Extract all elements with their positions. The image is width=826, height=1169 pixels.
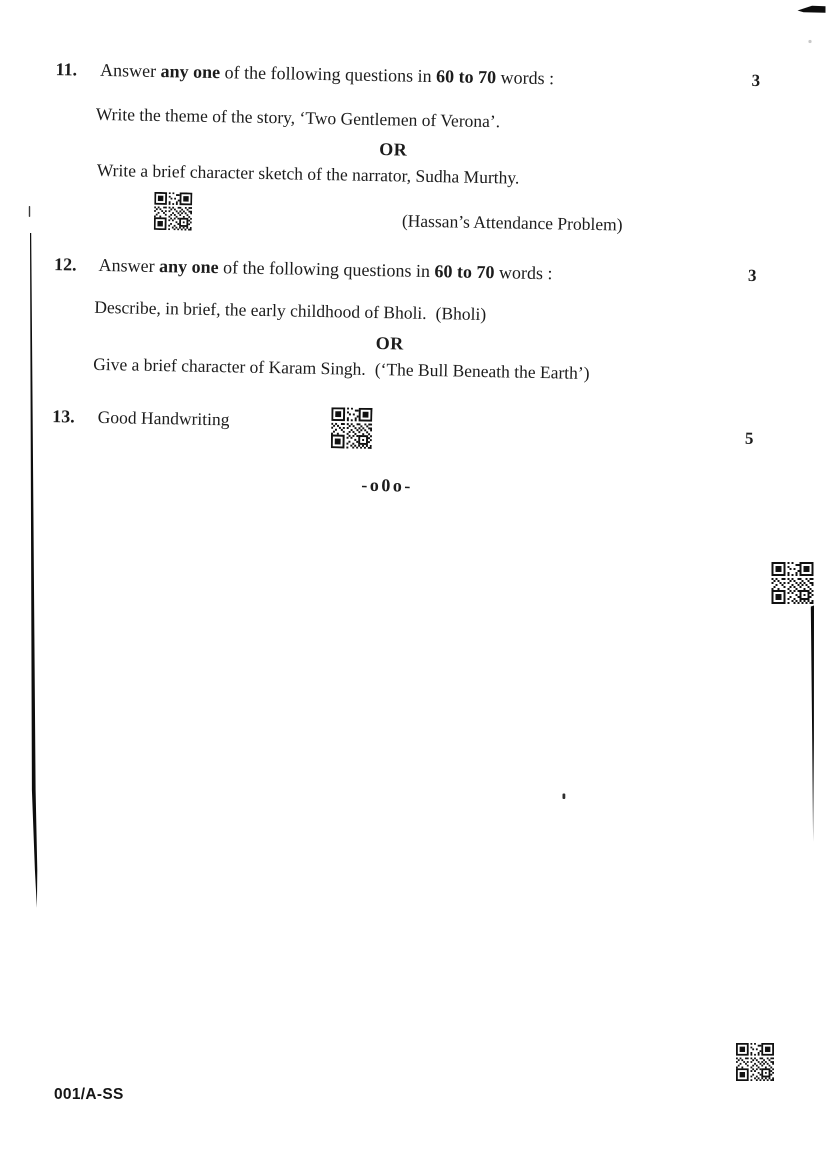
scanned-exam-page: 11. Answer any one of the following ques… — [0, 0, 826, 1169]
question-12-prompt: 12. Answer any one of the following ques… — [54, 253, 553, 284]
question-12-option-b: Give a brief character of Karam Singh.(‘… — [93, 353, 590, 384]
scan-artifact-left-tick — [29, 206, 30, 217]
question-11-annotation: (Hassan’s Attendance Problem) — [402, 209, 623, 235]
question-12-option-a-text: Describe, in brief, the early childhood … — [94, 297, 427, 323]
question-11-option-b: Write a brief character sketch of the na… — [97, 159, 520, 189]
qr-code-icon — [154, 192, 193, 231]
qr-code-icon — [736, 1042, 774, 1082]
question-11-prompt-text: Answer any one of the following question… — [100, 60, 554, 88]
scan-artifact-top-right-wedge — [798, 6, 826, 13]
scan-artifact-left-line — [30, 233, 37, 908]
question-11-option-a: Write the theme of the story, ‘Two Gentl… — [96, 103, 501, 132]
question-13-marks: 5 — [745, 429, 754, 449]
end-of-paper-mark: -o0o- — [42, 468, 732, 503]
scan-artifact-right-line — [811, 606, 814, 843]
question-13-title: Good Handwriting — [98, 407, 230, 429]
question-12-option-b-text: Give a brief character of Karam Singh. — [93, 354, 366, 379]
qr-code-icon — [770, 562, 815, 604]
question-12-number: 12. — [54, 253, 95, 276]
question-paper-body: 11. Answer any one of the following ques… — [40, 50, 772, 623]
paper-code: 001/A-SS — [54, 1086, 124, 1104]
question-11-prompt: 11. Answer any one of the following ques… — [55, 58, 554, 89]
qr-code-icon — [331, 407, 373, 449]
question-12-option-b-source: (‘The Bull Beneath the Earth’) — [375, 359, 590, 383]
scan-artifact-faint-dot — [808, 40, 811, 43]
question-12-prompt-text: Answer any one of the following question… — [98, 255, 552, 283]
question-12-marks: 3 — [748, 266, 757, 286]
question-13-number: 13. — [52, 405, 93, 428]
question-12-option-a-source: (Bholi) — [435, 303, 486, 324]
question-12-option-a: Describe, in brief, the early childhood … — [94, 296, 486, 325]
question-11-marks: 3 — [751, 71, 760, 91]
question-11-number: 11. — [55, 58, 96, 81]
scan-artifact-speck — [563, 794, 566, 800]
question-13-row: 13. Good Handwriting — [52, 405, 230, 430]
